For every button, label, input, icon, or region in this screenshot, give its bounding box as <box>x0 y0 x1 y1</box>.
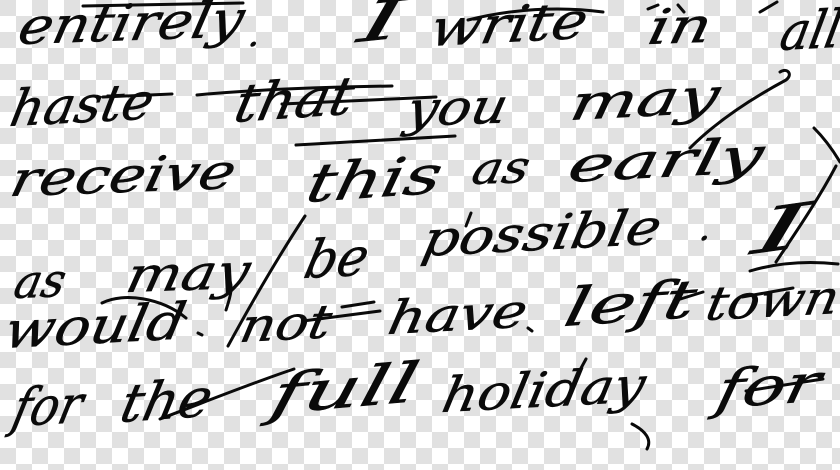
handwriting-svg: entirely . I write in all haste that you… <box>0 0 840 470</box>
word-may-line2: may <box>566 68 727 132</box>
would-not-dot <box>198 333 202 335</box>
period-after-entirely: . <box>245 13 267 55</box>
all-accent-slash <box>760 2 777 12</box>
word-town: town <box>702 271 840 332</box>
period-after-possible: . <box>696 207 718 249</box>
word-the: the <box>115 367 218 435</box>
word-possible: possible <box>418 200 667 268</box>
word-holiday: holiday <box>438 358 652 424</box>
word-be: be <box>299 226 375 291</box>
holiday-tail-flourish <box>632 424 649 449</box>
word-receive: receive <box>5 145 241 208</box>
word-have: have <box>384 285 532 346</box>
word-as-line3: as <box>468 141 535 195</box>
handwriting-image: entirely . I write in all haste that you… <box>0 0 840 470</box>
word-left: left <box>559 268 703 339</box>
word-early: early <box>564 128 771 194</box>
word-haste: haste <box>6 72 159 138</box>
may-flourish-tail <box>814 128 840 162</box>
word-would: would <box>0 292 191 360</box>
have-dot <box>528 328 532 331</box>
word-i-line1: I <box>351 0 413 56</box>
this-tcrossbar <box>296 136 455 145</box>
word-for-1: for <box>3 374 91 439</box>
word-all: all <box>775 0 840 63</box>
word-full: full <box>258 351 425 428</box>
word-you: you <box>399 79 513 138</box>
word-entirely: entirely <box>13 0 251 56</box>
word-i-line4: I <box>745 188 820 270</box>
not-dash <box>342 302 374 307</box>
word-this: this <box>301 144 448 215</box>
